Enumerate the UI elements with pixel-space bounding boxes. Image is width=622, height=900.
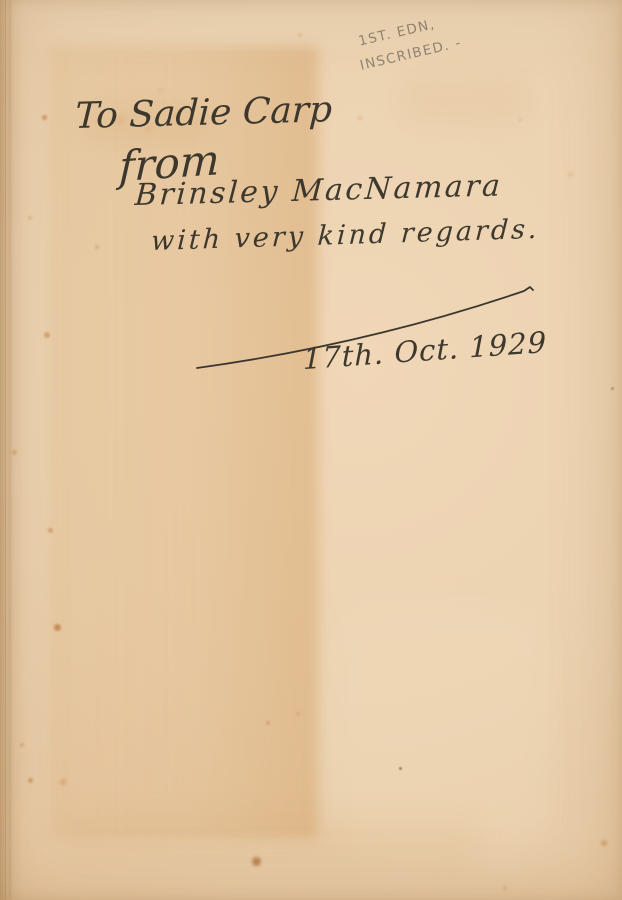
gutter-crease (9, 0, 11, 900)
inscription-recipient-line: To Sadie Carp (74, 89, 333, 137)
toning-patch (400, 75, 530, 125)
foxing-spot (54, 624, 61, 631)
foxing-spot (568, 172, 573, 177)
foxing-spot (95, 245, 99, 249)
foxing-spot (42, 115, 47, 120)
foxing-spot (358, 116, 362, 120)
toning-patch (330, 600, 550, 860)
gutter-crease (5, 0, 6, 900)
foxing-spot (266, 721, 270, 725)
foxing-spot (298, 33, 302, 37)
foxing-spot (252, 857, 261, 866)
foxing-spot (60, 779, 66, 785)
foxing-spot (12, 450, 17, 455)
foxing-spot (503, 886, 507, 890)
foxing-spot (28, 778, 33, 783)
foxing-spot (518, 118, 522, 122)
foxing-spot (399, 767, 402, 770)
pencil-bookseller-note: 1ST. EDN, INSCRIBED. - (356, 8, 464, 77)
book-endpaper-photo: 1ST. EDN, INSCRIBED. - To Sadie Carp fro… (0, 0, 622, 900)
inscription-date: 17th. Oct. 1929 (303, 325, 547, 376)
foxing-spot (48, 528, 53, 533)
foxing-spot (20, 743, 24, 747)
foxing-spot (611, 387, 614, 390)
foxing-spot (296, 712, 300, 716)
foxing-spot (158, 88, 163, 93)
foxing-spot (44, 332, 50, 338)
foxing-spot (28, 216, 32, 220)
foxing-spot (601, 840, 607, 846)
